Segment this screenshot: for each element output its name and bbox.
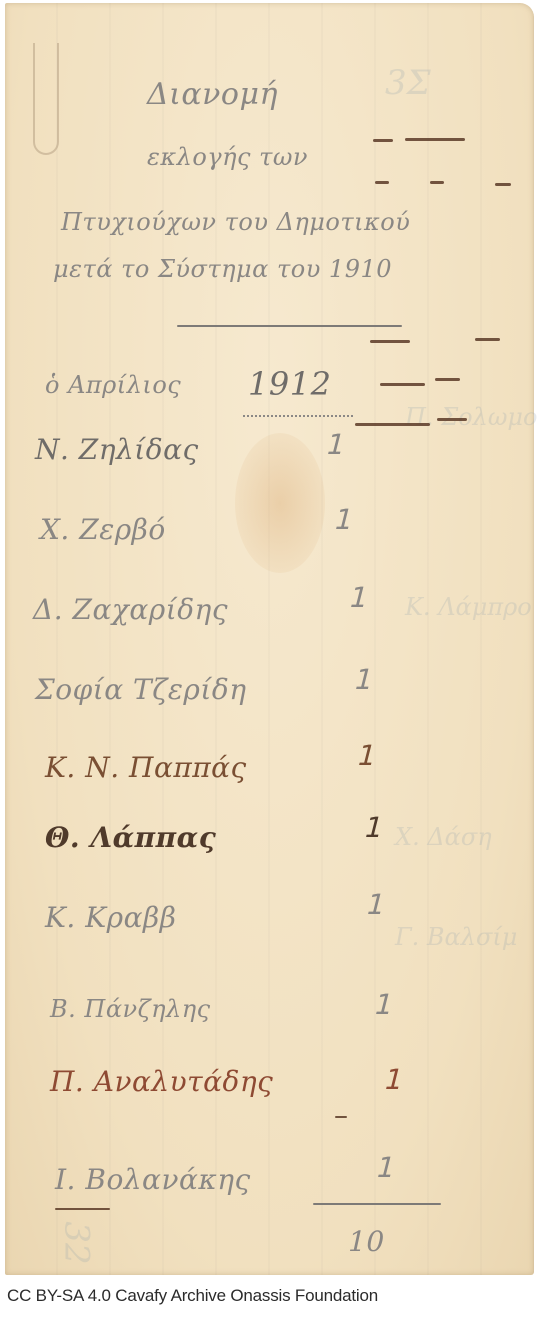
entry-tally: 1	[354, 739, 381, 772]
license-caption: CC BY-SA 4.0 Cavafy Archive Onassis Foun…	[7, 1286, 378, 1306]
ink-dash	[495, 183, 511, 186]
entry-name: Κ. Ν. Παππάς	[45, 751, 247, 784]
bleed-through-text: Κ. Λάμπρο	[405, 593, 532, 621]
ink-dash	[55, 1208, 110, 1210]
entry-name: Π. Αναλυτάδης	[50, 1065, 273, 1098]
ink-dash	[370, 340, 410, 343]
heading-line-3: Πτυχιούχων του Δημοτικού	[61, 208, 410, 236]
ink-dash	[380, 383, 425, 386]
paperclip-mark	[33, 43, 59, 155]
entry-name: Ι. Βολανάκης	[55, 1163, 251, 1196]
ghost-page-number: 32	[57, 1221, 97, 1264]
separator-line	[177, 325, 402, 327]
entry-tally: 1	[373, 1151, 400, 1184]
year-underline	[243, 409, 353, 417]
ink-dash	[435, 378, 460, 381]
date-year: 1912	[248, 365, 331, 403]
entry-tally: 1	[371, 988, 398, 1021]
bleed-through-text: Π. Σολωμού	[405, 403, 539, 431]
entry-name: Β. Πάνζηλης	[50, 995, 211, 1023]
entry-name: Θ. Λάππας	[45, 821, 216, 854]
manuscript-page: 3Σ Π. Σολωμού Κ. Λάμπρο Χ. Δάση Γ. Βαλσί…	[5, 3, 534, 1275]
entry-name: Δ. Ζαχαρίδης	[33, 593, 228, 626]
entry-tally: 1	[381, 1063, 408, 1096]
entry-name: Σοφία Τζερίδη	[35, 673, 247, 706]
ink-dash	[430, 181, 444, 184]
entry-name: Κ. Κραββ	[45, 901, 176, 934]
bleed-through-text: Γ. Βαλσίμ	[395, 923, 517, 951]
entry-name: Χ. Ζερβό	[40, 513, 166, 546]
bleed-through-text: 3Σ	[385, 63, 431, 103]
bleed-through-text: Χ. Δάση	[395, 823, 492, 851]
heading-line-4: μετά το Σύστημα του 1910	[53, 255, 392, 283]
ink-dash	[405, 138, 465, 141]
ink-dash	[375, 181, 389, 184]
entry-tally: 1	[363, 888, 390, 921]
sum-line	[313, 1203, 441, 1205]
ink-dash	[373, 139, 393, 142]
entry-tally: 1	[351, 663, 378, 696]
ink-dash	[355, 423, 430, 426]
heading-line-1: Διανομή	[147, 77, 278, 112]
water-stain	[235, 433, 325, 573]
total-value: 10	[344, 1225, 388, 1258]
entry-tally: 1	[331, 503, 358, 536]
ink-dash	[335, 1116, 347, 1118]
ink-dash	[475, 338, 500, 341]
entry-tally: 1	[323, 428, 350, 461]
entry-tally: 1	[346, 581, 373, 614]
entry-tally: 1	[361, 811, 388, 844]
date-prefix: ὁ Απρίλιος	[45, 371, 181, 399]
entry-name: Ν. Ζηλίδας	[35, 433, 199, 466]
ink-dash	[437, 418, 467, 421]
heading-line-2: εκλογής των	[147, 143, 308, 171]
